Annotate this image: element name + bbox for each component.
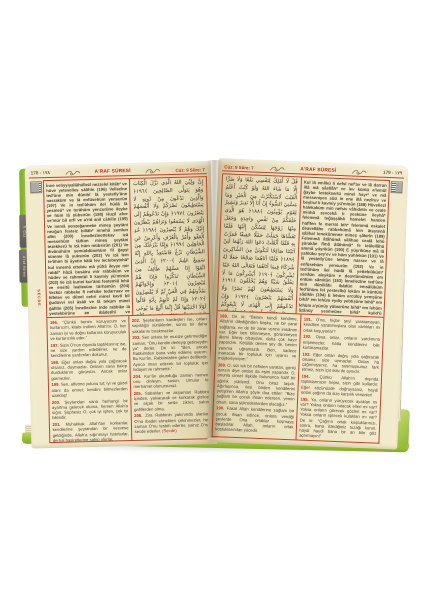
verse-205: 205. Sabahları ve akşamları Rabbini için… [134, 389, 209, 412]
verse-203: 203. Sen onlara bir mucize getirmediğin … [132, 333, 208, 372]
verse-text: Kur'ân okunduğu zaman hemen onu dinleyin… [133, 372, 208, 389]
verse-201: 201. Muhakkak Allah'tan korkanlar, kendi… [52, 420, 128, 442]
header-ornament-icon [269, 165, 285, 173]
header-ornament-icon [352, 168, 368, 176]
right-page: Cüz: 9 Sûre: 7 A'RAF SÜRESİ 179 - ١٧٩ قُ… [207, 158, 408, 449]
verse-199: 199. Sen, affetme yolunu tut; iyi ve güz… [51, 380, 127, 398]
verse-191: 191. O'na, hiçbir şeyi yaratamayan, kend… [303, 317, 381, 336]
verse-text: Şeytanların kardeşleri ise, onları sapık… [132, 316, 207, 333]
right-surah-title: A'RAF SÜRESİ [300, 167, 336, 173]
left-transliteration-block: İnne veliyyiyallâhüllezî nezzelel kitâb*… [44, 179, 133, 317]
header-ornament-icon [64, 169, 80, 176]
verse-text: Sizin O'nun dışında taptıklarınız ise, n… [51, 341, 127, 358]
verse-189: 189. O, sizi tek bir nefisten yaratan, g… [216, 362, 296, 407]
left-transliteration-text: İnne veliyyiyallâhüllezî nezzelel kitâb*… [46, 181, 130, 317]
verse-200: 200. Şeytandan sana herhangi bir ayartma… [52, 398, 128, 421]
left-page: 178 - ١٧٨ A'RAF SÜRESİ Cüz: 9 Sûre: 7 SE… [25, 161, 218, 448]
verse-text: “Çünkü benim koruyucum ve kurtarıcım, ki… [50, 318, 126, 341]
verse-202: 202. Şeytanların kardeşleri ise, onları … [132, 316, 207, 334]
verse-195: 195. Ya, onların yürüyecek ayakları mı v… [299, 396, 378, 441]
open-book: 9. Cüz A'raf Sûresi 9. Cüz A'raf Sûresi … [0, 0, 424, 600]
verse-196: 196. “Çünkü benim koruyucum ve kurtarıcı… [50, 318, 126, 341]
verse-text: Oysa onlar, onların yardımına erişemezle… [303, 334, 381, 350]
verse-text: Sen onlara bir mucize getirmediğin zaman… [132, 333, 208, 371]
verse-text: De ki: “Benim kendi kendime, Allah'ın di… [218, 314, 298, 362]
verse-text: O, sizi tek bir nefisten yaratan, gönlü … [216, 362, 296, 406]
book-gutter-shadow [205, 160, 222, 438]
verse-text: Şeytandan sana herhangi bir ayartma gele… [52, 398, 128, 421]
verse-text: Sabahları ve akşamları Rabbini içinden, … [134, 389, 209, 412]
verse-194: 194. Çünkü Allah'ın dışında taptıklarını… [301, 374, 379, 398]
left-top-section: İnne veliyyiyallâhüllezî nezzelel kitâb*… [43, 176, 210, 318]
verse-188: 188. De ki: “Benim kendi kendime, Allah'… [218, 313, 298, 363]
book-photo: 9. Cüz A'raf Sûresi 9. Cüz A'raf Sûresi … [0, 0, 424, 600]
verse-190: 190. Fakat Allah kendilerine sağlam bir … [215, 405, 294, 434]
verse-text: Sen, affetme yolunu tut; iyi ve güzel ol… [52, 380, 128, 397]
verse-192: 192. Oysa onlar, onların yardımına erişe… [303, 334, 381, 353]
left-translation-section: 196. “Çünkü benim koruyucum ve kurtarıcı… [46, 314, 213, 443]
qr-code-icon [390, 181, 402, 193]
verse-text: Eğer onları doğru yola çağıracak olsanız… [302, 352, 380, 375]
left-arabic-block: إِنَّ وَلِيِّيَ اللهُ الَّذِي نَزَّلَ ال… [130, 177, 209, 315]
verse-text: O'na, hiçbir şeyi yaratamayan, kendileri… [303, 317, 381, 333]
right-transliteration-block: Kul lâ emlikü li nefsî nef'av ve lâ darr… [296, 177, 389, 316]
verse-text: Eğer onları doğru yola çağıracak olsanız… [51, 358, 127, 381]
header-ornament-icon [145, 167, 161, 174]
verse-193: 193. Eğer onları doğru yola çağıracak ol… [302, 351, 380, 375]
verse-197: 197. Sizin O'nun dışında taptıklarınız i… [50, 341, 126, 359]
verse-text: Çünkü Allah'ın dışında taptıklarınızın h… [301, 374, 379, 397]
right-page-number: 179 - ١٧٩ [383, 170, 402, 177]
verse-204: 204. Kur'ân okunduğu zaman hemen onu din… [133, 372, 208, 390]
secde-note: (Secde) [162, 428, 177, 433]
verse-text: Ya, onların yürüyecek ayakları mı var? Y… [299, 397, 378, 439]
verse-198: 198. Eğer onları doğru yola çağıracak ol… [51, 358, 127, 381]
right-top-section: قُلْ لَا أَمْلِكُ لِنَفْسِي نَفْعًا وَلَ… [217, 173, 390, 318]
left-translation-column-1: 196. “Çünkü benim koruyucum ve kurtarıcı… [47, 316, 131, 442]
right-translation-column-2: 191. O'na, hiçbir şeyi yaratamayan, kend… [295, 315, 383, 443]
verse-text: Fakat Allah kendilerine sağlam bir çocuk… [215, 406, 294, 433]
right-juz-info: Cüz: 9 Sûre: 7 [224, 164, 253, 170]
left-surah-title: A'RAF SÜRESİ [95, 169, 131, 175]
left-page-number: 178 - ١٧٨ [31, 170, 50, 176]
qr-code-icon [30, 181, 42, 193]
verse-206: 206. Zira Rabbinin yakınında olanlar, O'… [134, 411, 209, 434]
right-translation-section: 188. De ki: “Benim kendi kendime, Allah'… [211, 311, 384, 444]
right-arabic-block: قُلْ لَا أَمْلِكُ لِنَفْسِي نَفْعًا وَلَ… [218, 174, 301, 313]
secde-margin-label: SECDE [37, 289, 41, 306]
left-juz-info: Cüz: 9 Sûre: 7 [175, 167, 204, 173]
verse-text: Muhakkak Allah'tan korkanlar, kendilerin… [52, 420, 128, 442]
left-translation-column-2: 202. Şeytanların kardeşleri ise, onları … [128, 314, 212, 440]
right-translation-column-1: 188. De ki: “Benim kendi kendime, Allah'… [213, 311, 301, 439]
